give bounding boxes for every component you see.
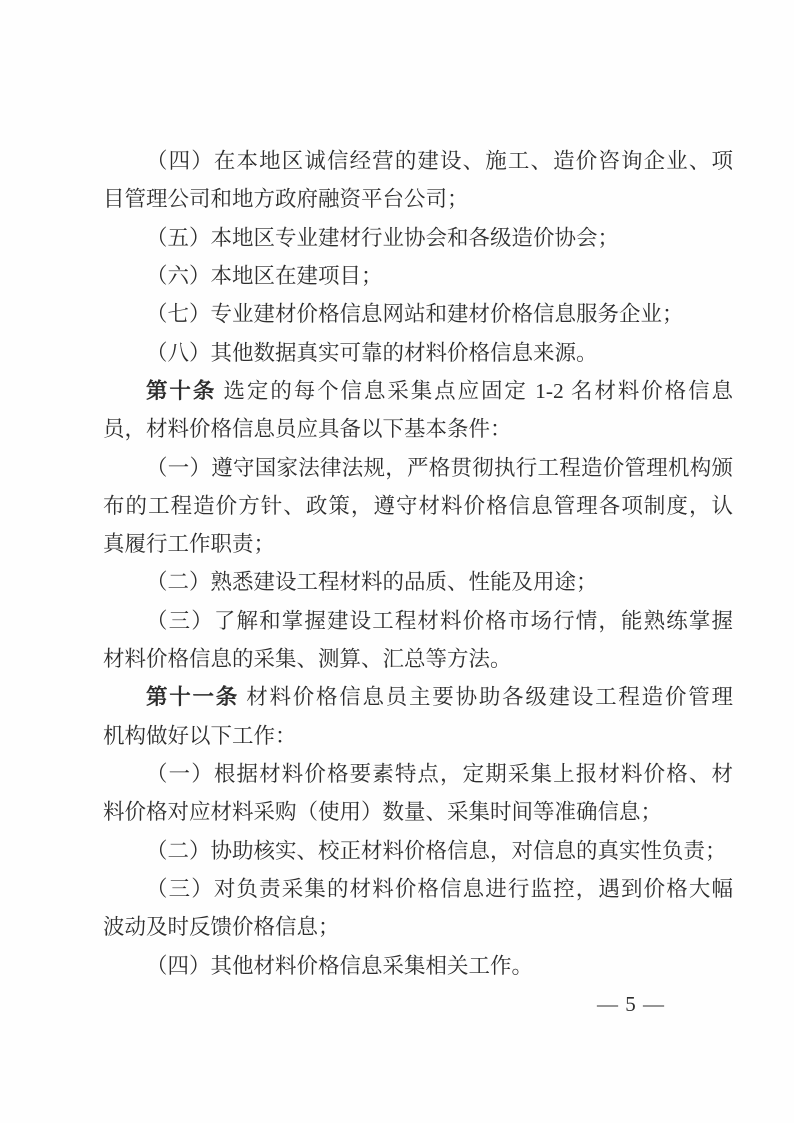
text-line: （三）对负责采集的材料价格信息进行监控，遇到价格大幅 [103, 870, 733, 908]
body-text: （三）对负责采集的材料价格信息进行监控，遇到价格大幅 [146, 877, 733, 901]
text-line: （八）其他数据真实可靠的材料价格信息来源。 [103, 334, 733, 372]
body-text: 布的工程造价方针、政策，遵守材料价格信息管理各项制度，认 [103, 494, 733, 518]
body-text: 料价格对应材料采购（使用）数量、采集时间等准确信息； [103, 800, 662, 824]
document-body: （四）在本地区诚信经营的建设、施工、造价咨询企业、项目管理公司和地方政府融资平台… [103, 142, 733, 985]
text-line: （二）熟悉建设工程材料的品质、性能及用途； [103, 563, 733, 601]
text-line: （五）本地区专业建材行业协会和各级造价协会； [103, 219, 733, 257]
text-line: （四）在本地区诚信经营的建设、施工、造价咨询企业、项 [103, 142, 733, 180]
body-text: 波动及时反馈价格信息； [103, 915, 340, 939]
article-heading-text: 第十一条 [146, 685, 239, 709]
text-line: 第十一条 材料价格信息员主要协助各级建设工程造价管理 [103, 678, 733, 716]
body-text: 材料价格信息的采集、测算、汇总等方法。 [103, 647, 512, 671]
body-text: 员，材料价格信息员应具备以下基本条件： [103, 417, 512, 441]
body-text: （一）根据材料价格要素特点，定期采集上报材料价格、材 [146, 762, 733, 786]
text-line: （四）其他材料价格信息采集相关工作。 [103, 947, 733, 985]
body-text: 选定的每个信息采集点应固定 1-2 名材料价格信息 [216, 379, 733, 403]
body-text: （三）了解和掌握建设工程材料价格市场行情，能熟练掌握 [146, 609, 733, 633]
text-line: （一）根据材料价格要素特点，定期采集上报材料价格、材 [103, 755, 733, 793]
body-text: （一）遵守国家法律法规，严格贯彻执行工程造价管理机构颁 [146, 456, 733, 480]
body-text: 材料价格信息员主要协助各级建设工程造价管理 [239, 685, 733, 709]
text-line: 目管理公司和地方政府融资平台公司； [103, 180, 733, 218]
text-line: （七）专业建材价格信息网站和建材价格信息服务企业； [103, 295, 733, 333]
body-text: 目管理公司和地方政府融资平台公司； [103, 187, 469, 211]
text-line: 员，材料价格信息员应具备以下基本条件： [103, 410, 733, 448]
body-text: 真履行工作职责； [103, 532, 275, 556]
text-line: （一）遵守国家法律法规，严格贯彻执行工程造价管理机构颁 [103, 449, 733, 487]
body-text: （五）本地区专业建材行业协会和各级造价协会； [146, 226, 619, 250]
body-text: （七）专业建材价格信息网站和建材价格信息服务企业； [146, 302, 684, 326]
text-line: 料价格对应材料采购（使用）数量、采集时间等准确信息； [103, 793, 733, 831]
document-page: （四）在本地区诚信经营的建设、施工、造价咨询企业、项目管理公司和地方政府融资平台… [0, 0, 794, 1123]
body-text: （六）本地区在建项目； [146, 264, 383, 288]
body-text: （二）协助核实、校正材料价格信息，对信息的真实性负责； [146, 839, 727, 863]
text-line: 波动及时反馈价格信息； [103, 908, 733, 946]
text-line: 真履行工作职责； [103, 525, 733, 563]
body-text: （二）熟悉建设工程材料的品质、性能及用途； [146, 570, 598, 594]
body-text: （四）其他材料价格信息采集相关工作。 [146, 954, 533, 978]
text-line: 材料价格信息的采集、测算、汇总等方法。 [103, 640, 733, 678]
text-line: （六）本地区在建项目； [103, 257, 733, 295]
text-line: 第十条 选定的每个信息采集点应固定 1-2 名材料价格信息 [103, 372, 733, 410]
text-line: 机构做好以下工作： [103, 717, 733, 755]
text-line: （二）协助核实、校正材料价格信息，对信息的真实性负责； [103, 832, 733, 870]
body-text: （八）其他数据真实可靠的材料价格信息来源。 [146, 341, 598, 365]
article-heading-text: 第十条 [146, 379, 216, 403]
body-text: 机构做好以下工作： [103, 724, 297, 748]
page-number: — 5 — [597, 992, 665, 1017]
text-line: 布的工程造价方针、政策，遵守材料价格信息管理各项制度，认 [103, 487, 733, 525]
body-text: （四）在本地区诚信经营的建设、施工、造价咨询企业、项 [146, 149, 733, 173]
text-line: （三）了解和掌握建设工程材料价格市场行情，能熟练掌握 [103, 602, 733, 640]
